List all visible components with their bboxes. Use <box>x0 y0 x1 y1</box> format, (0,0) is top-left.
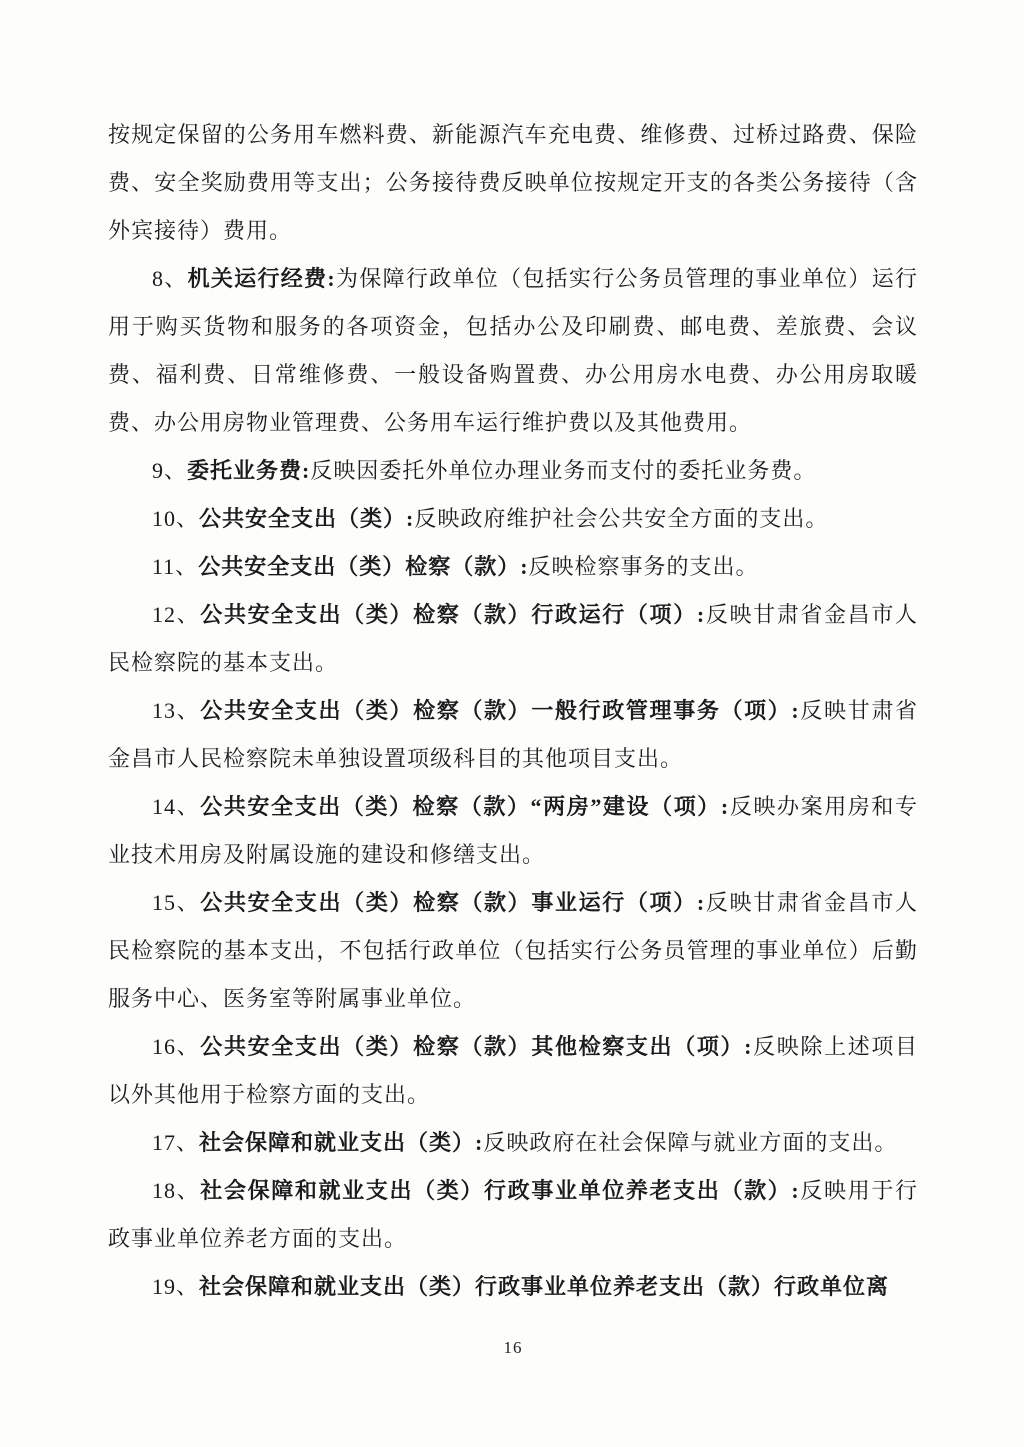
item-body: 反映政府维护社会公共安全方面的支出。 <box>414 506 828 531</box>
page-footer: 16 <box>108 1337 918 1359</box>
text-paragraph: 8、机关运行经费:为保障行政单位（包括实行公务员管理的事业单位）运行用于购买货物… <box>108 255 918 447</box>
text-paragraph: 10、公共安全支出（类）:反映政府维护社会公共安全方面的支出。 <box>108 495 918 543</box>
item-heading: 公共安全支出（类）检察（款）行政运行（项）: <box>200 602 705 627</box>
item-heading: 机关运行经费: <box>188 266 336 291</box>
item-heading: 公共安全支出（类）检察（款）一般行政管理事务（项）: <box>200 698 799 723</box>
item-heading: 委托业务费: <box>187 458 310 483</box>
item-body: 为保障行政单位（包括实行公务员管理的事业单位）运行用于购买货物和服务的各项资金，… <box>108 266 918 435</box>
document-body: 按规定保留的公务用车燃料费、新能源汽车充电费、维修费、过桥过路费、保险费、安全奖… <box>108 111 918 1311</box>
item-number: 10、 <box>152 506 199 531</box>
item-heading: 公共安全支出（类）检察（款）事业运行（项）: <box>200 890 705 915</box>
text-paragraph: 14、公共安全支出（类）检察（款）“两房”建设（项）:反映办案用房和专业技术用房… <box>108 783 918 879</box>
item-body: 反映检察事务的支出。 <box>529 554 759 579</box>
item-number: 8、 <box>152 266 188 291</box>
item-number: 11、 <box>152 554 198 579</box>
text-paragraph: 16、公共安全支出（类）检察（款）其他检察支出（项）:反映除上述项目以外其他用于… <box>108 1023 918 1119</box>
item-number: 12、 <box>152 602 200 627</box>
text-paragraph: 9、委托业务费:反映因委托外单位办理业务而支付的委托业务费。 <box>108 447 918 495</box>
item-heading: 公共安全支出（类）检察（款）“两房”建设（项）: <box>200 794 729 819</box>
text-paragraph: 11、公共安全支出（类）检察（款）:反映检察事务的支出。 <box>108 543 918 591</box>
item-number: 14、 <box>152 794 200 819</box>
item-number: 18、 <box>152 1178 200 1203</box>
item-heading: 公共安全支出（类）: <box>199 506 414 531</box>
text-paragraph: 18、社会保障和就业支出（类）行政事业单位养老支出（款）:反映用于行政事业单位养… <box>108 1167 918 1263</box>
item-number: 13、 <box>152 698 200 723</box>
item-number: 9、 <box>152 458 187 483</box>
text-paragraph: 按规定保留的公务用车燃料费、新能源汽车充电费、维修费、过桥过路费、保险费、安全奖… <box>108 111 918 255</box>
item-body: 按规定保留的公务用车燃料费、新能源汽车充电费、维修费、过桥过路费、保险费、安全奖… <box>108 122 918 243</box>
item-heading: 公共安全支出（类）检察（款）其他检察支出（项）: <box>200 1034 752 1059</box>
item-body: 反映政府在社会保障与就业方面的支出。 <box>483 1130 897 1155</box>
page-number: 16 <box>504 1338 523 1357</box>
document-page: 按规定保留的公务用车燃料费、新能源汽车充电费、维修费、过桥过路费、保险费、安全奖… <box>0 0 1024 1447</box>
item-number: 17、 <box>152 1130 199 1155</box>
item-body: 反映因委托外单位办理业务而支付的委托业务费。 <box>310 458 816 483</box>
text-paragraph: 15、公共安全支出（类）检察（款）事业运行（项）:反映甘肃省金昌市人民检察院的基… <box>108 879 918 1023</box>
item-heading: 社会保障和就业支出（类）行政事业单位养老支出（款）: <box>200 1178 799 1203</box>
text-paragraph: 12、公共安全支出（类）检察（款）行政运行（项）:反映甘肃省金昌市人民检察院的基… <box>108 591 918 687</box>
item-number: 16、 <box>152 1034 200 1059</box>
item-heading: 社会保障和就业支出（类）行政事业单位养老支出（款）行政单位离 <box>199 1274 889 1299</box>
item-heading: 社会保障和就业支出（类）: <box>199 1130 483 1155</box>
text-paragraph: 19、社会保障和就业支出（类）行政事业单位养老支出（款）行政单位离 <box>108 1263 918 1311</box>
item-number: 19、 <box>152 1274 199 1299</box>
item-number: 15、 <box>152 890 200 915</box>
item-heading: 公共安全支出（类）检察（款）: <box>198 554 528 579</box>
text-paragraph: 17、社会保障和就业支出（类）:反映政府在社会保障与就业方面的支出。 <box>108 1119 918 1167</box>
text-paragraph: 13、公共安全支出（类）检察（款）一般行政管理事务（项）:反映甘肃省金昌市人民检… <box>108 687 918 783</box>
